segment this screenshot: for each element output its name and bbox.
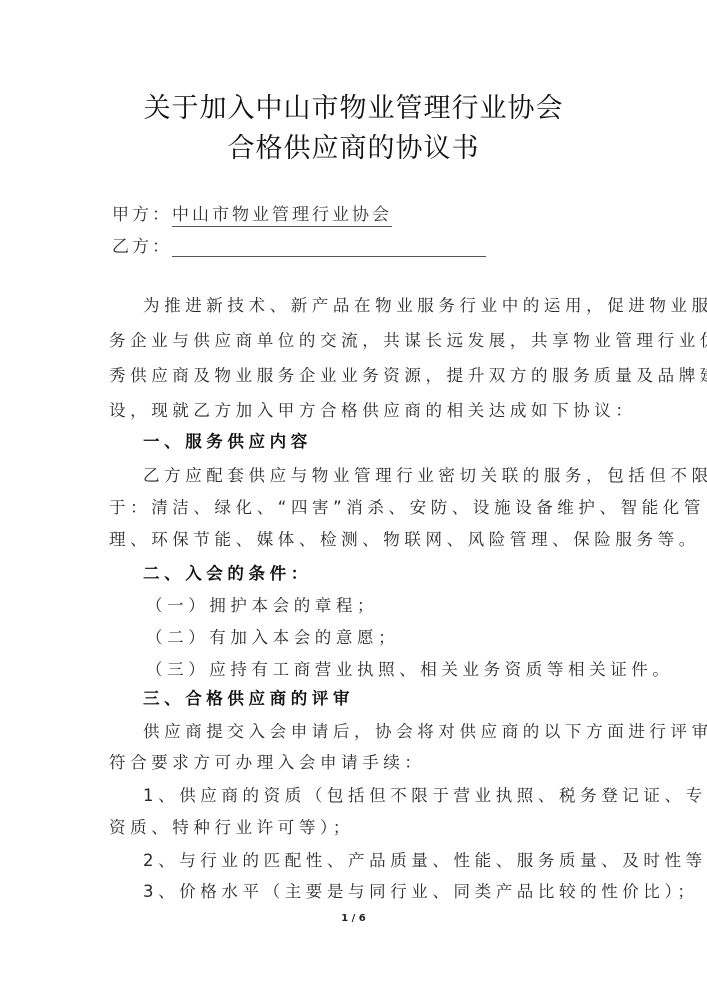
section-heading: 二、入会的条件： — [143, 560, 312, 584]
party-b-blank-field — [172, 238, 486, 257]
section-heading: 三、合格供应商的评审 — [143, 685, 354, 709]
body-text-line: 3、价格水平（主要是与同行业、同类产品比较的性价比）； — [143, 878, 698, 902]
page-number: 1 / 6 — [0, 913, 707, 924]
body-text-line: 理、环保节能、媒体、检测、物联网、风险管理、保险服务等。 — [109, 526, 700, 550]
body-text-line: 设，现就乙方加入甲方合格供应商的相关达成如下协议： — [109, 397, 637, 421]
document-title-line-1: 关于加入中山市物业管理行业协会 — [0, 86, 707, 125]
body-text-line: 乙方应配套供应与物业管理行业密切关联的服务，包括但不限 — [143, 462, 707, 486]
body-text-line: 务企业与供应商单位的交流，共谋长远发展，共享物业管理行业优 — [109, 327, 707, 351]
body-text-line: 秀供应商及物业服务企业业务资源，提升双方的服务质量及品牌建 — [109, 362, 707, 386]
party-b: 乙方： — [112, 232, 486, 257]
body-text-line: 资质、特种行业许可等）； — [109, 814, 354, 838]
party-a: 甲方：中山市物业管理行业协会 — [112, 200, 392, 225]
body-text-line: 于：清洁、绿化、“四害”消杀、安防、设施设备维护、智能化管 — [109, 494, 705, 518]
body-text-line: 符合要求方可办理入会申请手续： — [109, 749, 426, 773]
body-text-line: （二）有加入本会的意愿； — [146, 624, 399, 648]
document-title-line-2: 合格供应商的协议书 — [0, 126, 707, 165]
body-text-line: 1、供应商的资质（包括但不限于营业执照、税务登记证、专业 — [143, 782, 707, 806]
party-b-label: 乙方： — [112, 237, 172, 257]
party-a-label: 甲方： — [112, 205, 172, 225]
body-text-line: （一）拥护本会的章程； — [146, 592, 378, 616]
body-text-line: 为推进新技术、新产品在物业服务行业中的运用，促进物业服 — [143, 292, 707, 316]
body-text-line: 2、与行业的匹配性、产品质量、性能、服务质量、及时性等； — [143, 847, 707, 871]
body-text-line: 供应商提交入会申请后，协会将对供应商的以下方面进行评审， — [143, 718, 707, 742]
party-a-value: 中山市物业管理行业协会 — [172, 205, 392, 227]
body-text-line: （三）应持有工商营业执照、相关业务资质等相关证件。 — [146, 656, 674, 680]
section-heading: 一、服务供应内容 — [143, 428, 312, 452]
